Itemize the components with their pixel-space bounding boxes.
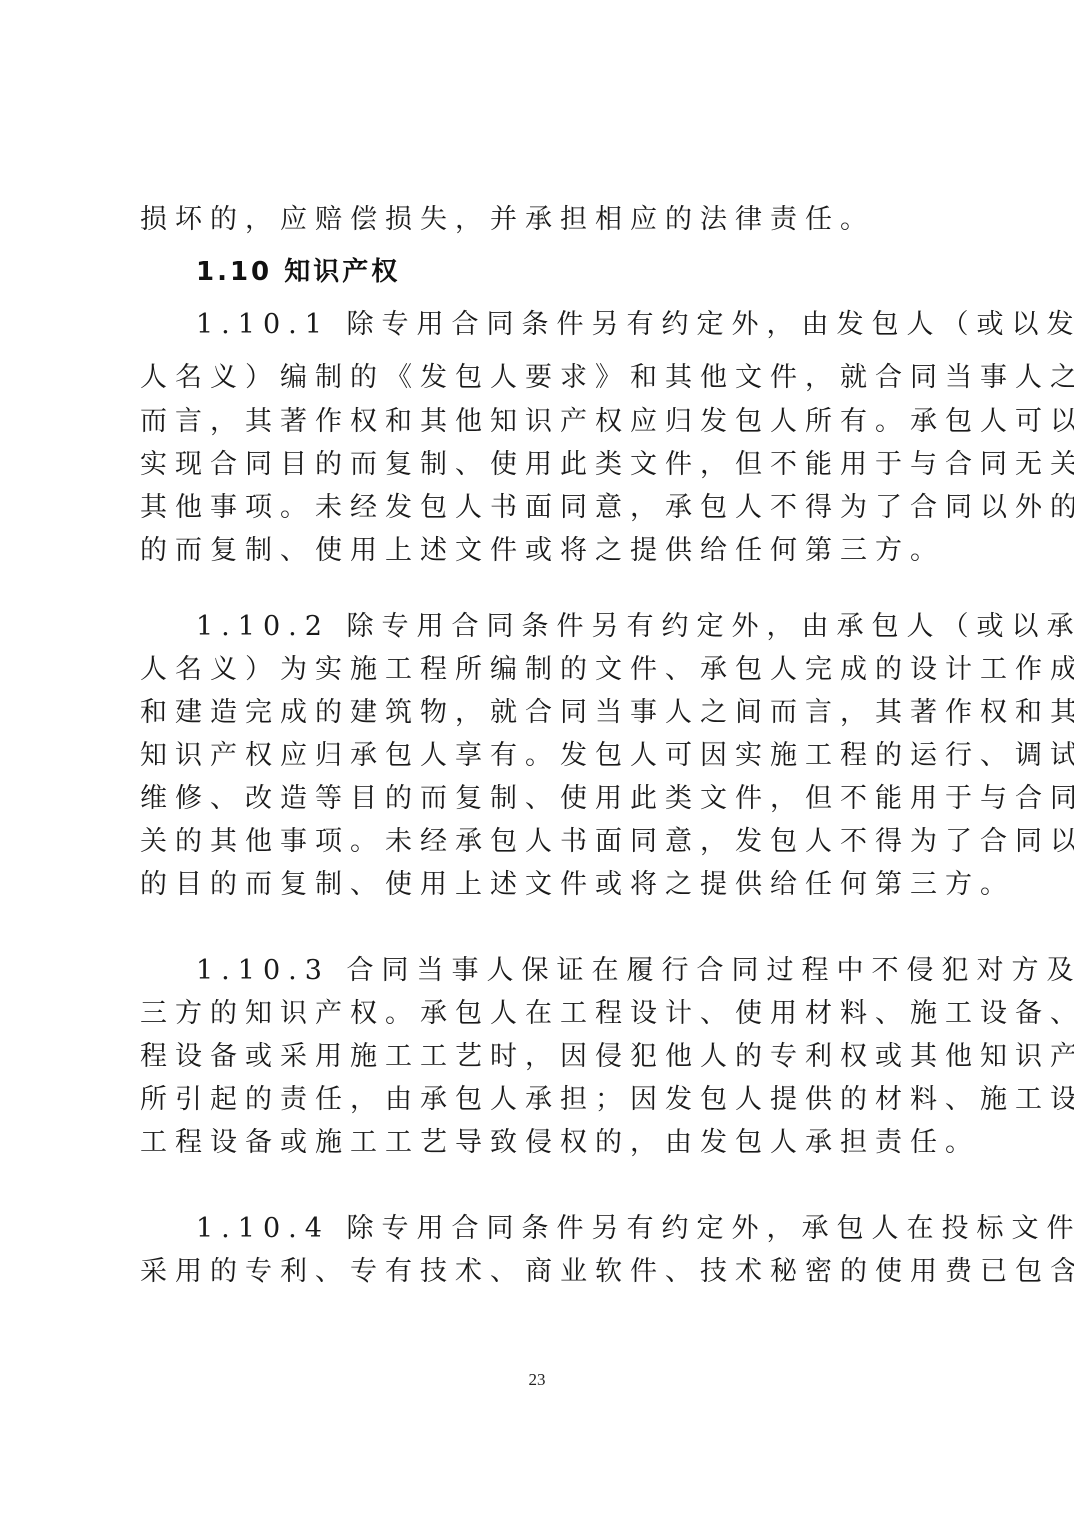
clause-1-10-3-line: 工程设备或施工工艺导致侵权的，由发包人承担责任。 [140,1123,940,1163]
clause-1-10-2-line: 关的其他事项。未经承包人书面同意，发包人不得为了合同以外 [140,822,940,862]
clause-1-10-2-line: 1.10.2 除专用合同条件另有约定外，由承包人（或以承包 [196,607,940,647]
clause-1-10-4-line: 采用的专利、专有技术、商业软件、技术秘密的使用费已包含在 [140,1252,940,1292]
clause-1-10-1-line: 的而复制、使用上述文件或将之提供给任何第三方。 [140,531,940,571]
clause-1-10-1-line: 实现合同目的而复制、使用此类文件，但不能用于与合同无关的 [140,445,940,485]
clause-1-10-2-line: 的目的而复制、使用上述文件或将之提供给任何第三方。 [140,865,940,905]
clause-1-10-3-line: 所引起的责任，由承包人承担；因发包人提供的材料、施工设备、 [140,1080,940,1120]
clause-1-10-1-line: 其他事项。未经发包人书面同意，承包人不得为了合同以外的目 [140,488,940,528]
clause-1-10-1-line: 而言，其著作权和其他知识产权应归发包人所有。承包人可以为 [140,402,940,442]
clause-1-10-4-line: 1.10.4 除专用合同条件另有约定外，承包人在投标文件中 [196,1209,940,1249]
document-page: 损坏的，应赔偿损失，并承担相应的法律责任。 1.10 知识产权 1.10.1 除… [0,0,1074,1520]
page-number: 23 [0,1370,1074,1390]
clause-1-10-3-line: 程设备或采用施工工艺时，因侵犯他人的专利权或其他知识产权 [140,1037,940,1077]
section-heading: 1.10 知识产权 [196,252,400,292]
clause-1-10-1-line: 1.10.1 除专用合同条件另有约定外，由发包人（或以发包 [196,305,940,345]
carryover-line: 损坏的，应赔偿损失，并承担相应的法律责任。 [140,200,940,240]
clause-1-10-1-line: 人名义）编制的《发包人要求》和其他文件，就合同当事人之间 [140,358,940,398]
clause-1-10-2-line: 知识产权应归承包人享有。发包人可因实施工程的运行、调试、 [140,736,940,776]
clause-1-10-2-line: 人名义）为实施工程所编制的文件、承包人完成的设计工作成果 [140,650,940,690]
clause-1-10-3-line: 1.10.3 合同当事人保证在履行合同过程中不侵犯对方及第 [196,951,940,991]
clause-1-10-2-line: 和建造完成的建筑物，就合同当事人之间而言，其著作权和其他 [140,693,940,733]
clause-1-10-3-line: 三方的知识产权。承包人在工程设计、使用材料、施工设备、工 [140,994,940,1034]
clause-1-10-2-line: 维修、改造等目的而复制、使用此类文件，但不能用于与合同无 [140,779,940,819]
